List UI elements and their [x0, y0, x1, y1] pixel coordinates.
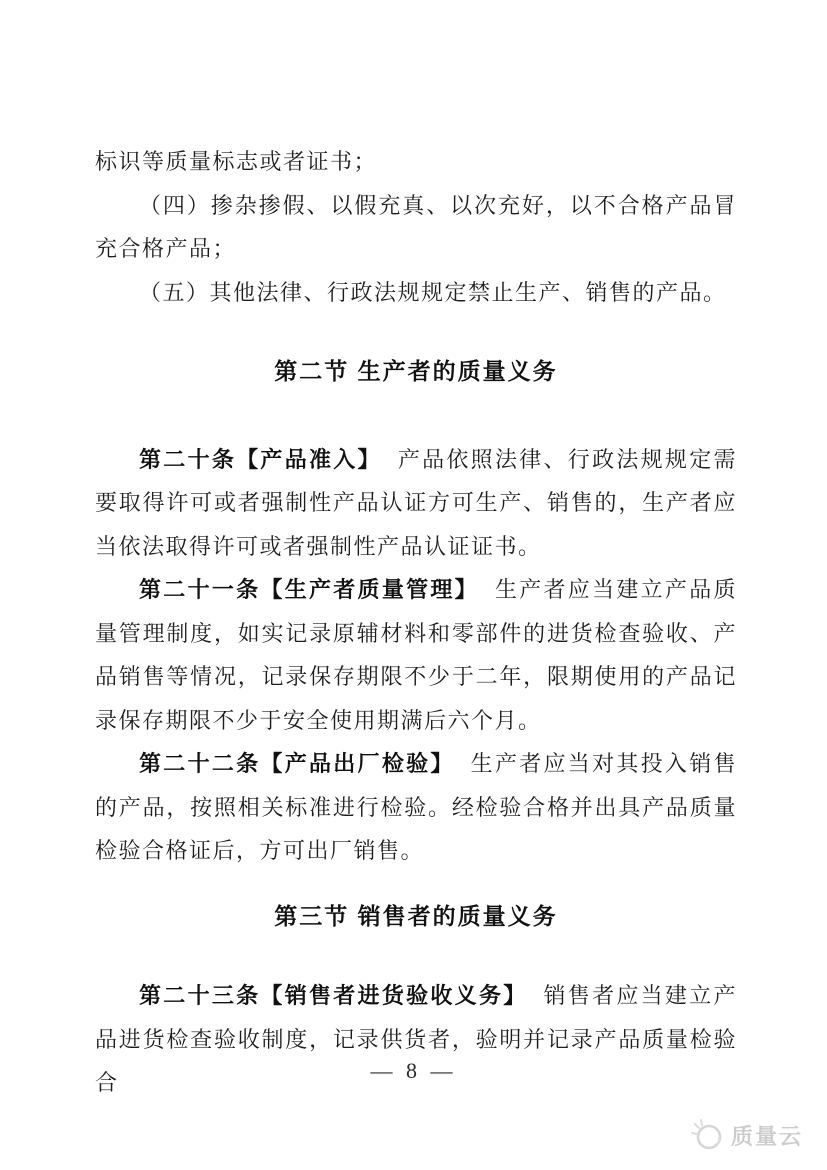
cloud-logo-icon — [689, 1118, 725, 1152]
document-body: 标识等质量标志或者证书； （四）掺杂掺假、以假充真、以次充好，以不合格产品冒充合… — [95, 140, 737, 1105]
paragraph-continuation: 标识等质量标志或者证书； — [95, 140, 737, 184]
section-heading-3: 第三节 销售者的质量义务 — [95, 895, 737, 939]
document-page: 标识等质量标志或者证书； （四）掺杂掺假、以假充真、以次充好，以不合格产品冒充合… — [0, 0, 827, 1170]
article-21-title: 第二十一条【生产者质量管理】 — [139, 577, 479, 602]
section-heading-2: 第二节 生产者的质量义务 — [95, 350, 737, 394]
watermark-label: 质量云 — [731, 1120, 803, 1151]
article-20: 第二十条【产品准入】产品依照法律、行政法规规定需要取得许可或者强制性产品认证方可… — [95, 438, 737, 569]
article-21: 第二十一条【生产者质量管理】生产者应当建立产品质量管理制度，如实记录原辅材料和零… — [95, 568, 737, 742]
page-number: — 8 — — [0, 1056, 827, 1086]
list-item-5: （五）其他法律、行政法规规定禁止生产、销售的产品。 — [95, 271, 737, 315]
list-item-4: （四）掺杂掺假、以假充真、以次充好，以不合格产品冒充合格产品； — [95, 184, 737, 271]
article-20-title: 第二十条【产品准入】 — [139, 447, 382, 472]
article-23-title: 第二十三条【销售者进货验收义务】 — [139, 983, 528, 1008]
article-22-title: 第二十二条【产品出厂检验】 — [139, 751, 455, 776]
article-22: 第二十二条【产品出厂检验】生产者应当对其投入销售的产品，按照相关标准进行检验。经… — [95, 742, 737, 873]
watermark: 质量云 — [689, 1118, 803, 1152]
